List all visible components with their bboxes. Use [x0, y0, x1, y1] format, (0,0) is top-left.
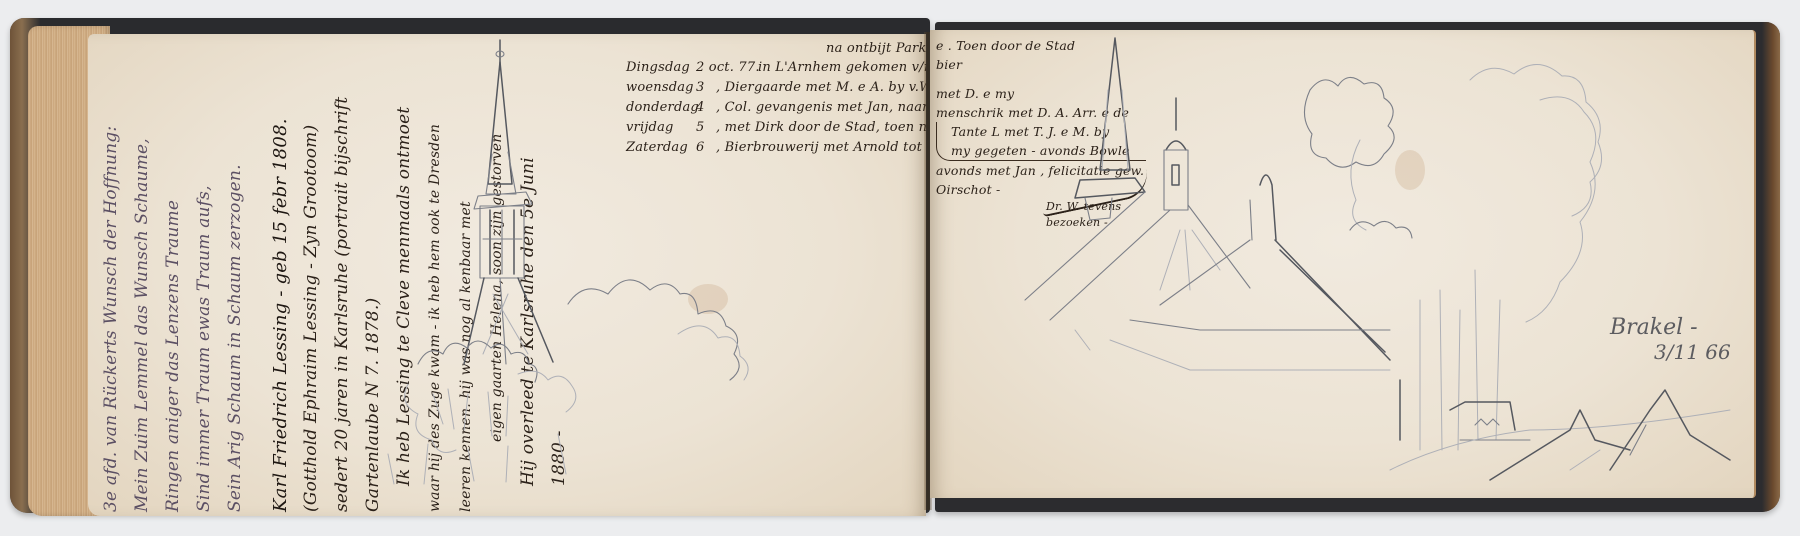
right-page: e . Toen door de Stad bier met D. e my m… — [930, 30, 1756, 498]
spire-sketch-icon — [88, 34, 926, 516]
left-page: 3e afd. van Rückerts Wunsch der Hoffnung… — [88, 34, 926, 516]
sketch-place: Brakel - — [1610, 315, 1731, 340]
sketch-date: 3/11 66 — [1610, 340, 1731, 364]
rooftops-sketch-icon — [930, 30, 1754, 498]
open-sketchbook: 3e afd. van Rückerts Wunsch der Hoffnung… — [0, 0, 1800, 536]
sketch-caption: Brakel - 3/11 66 — [1610, 315, 1731, 364]
